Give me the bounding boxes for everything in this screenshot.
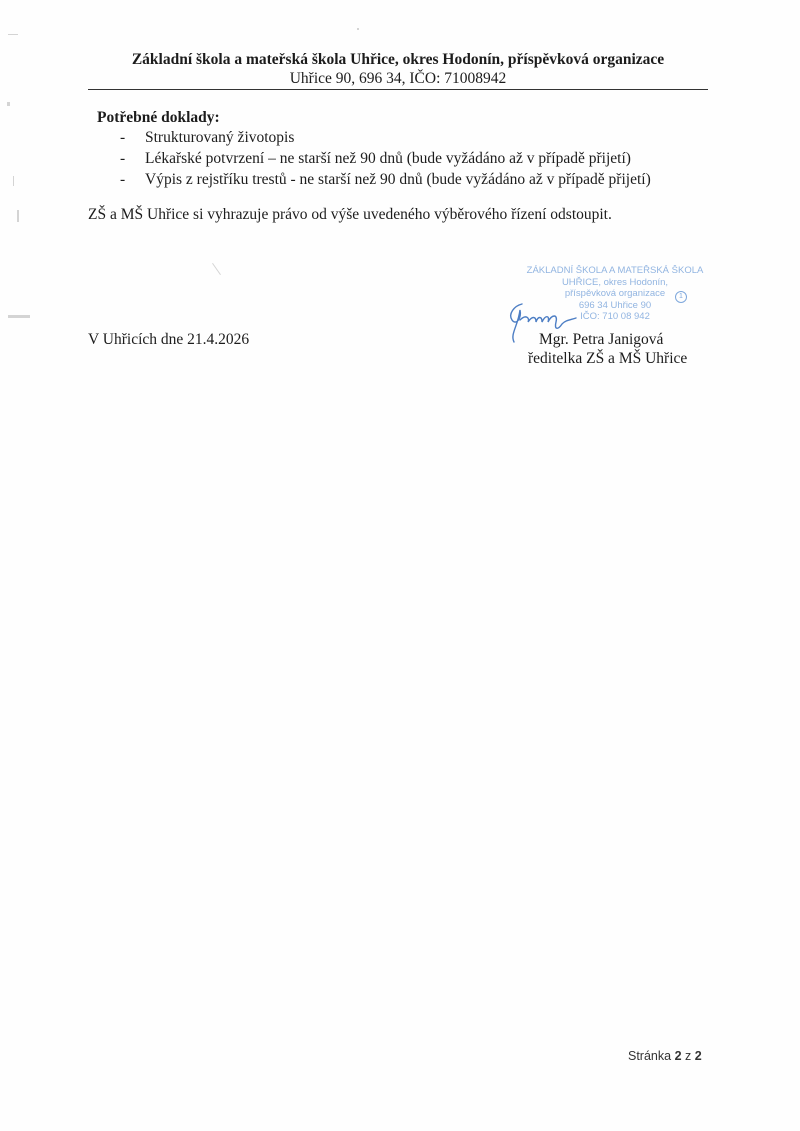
letterhead: Základní škola a mateřská škola Uhřice, …	[88, 50, 708, 88]
stamp-line: UHŘICE, okres Hodonín,	[510, 277, 720, 289]
scan-artifact	[17, 210, 19, 222]
organization-address: Uhřice 90, 696 34, IČO: 71008942	[88, 69, 708, 88]
list-item: - Výpis z rejstříku trestů - ne starší n…	[97, 169, 651, 190]
signature-block: Mgr. Petra Janigová ředitelka ZŠ a MŠ Uh…	[528, 330, 687, 368]
current-page: 2	[675, 1049, 682, 1063]
list-item-text: Lékařské potvrzení – ne starší než 90 dn…	[145, 150, 631, 167]
list-item: - Lékařské potvrzení – ne starší než 90 …	[97, 148, 651, 169]
required-documents-list: - Strukturovaný životopis - Lékařské pot…	[97, 127, 651, 190]
scan-artifact	[7, 102, 10, 106]
stamp-number-circle: 1	[675, 291, 687, 303]
list-item: - Strukturovaný životopis	[97, 127, 651, 148]
letterhead-divider	[88, 89, 708, 90]
scan-artifact	[8, 315, 30, 318]
dash-bullet: -	[120, 148, 125, 169]
scan-artifact	[357, 28, 359, 30]
place-and-date: V Uhřicích dne 21.4.2026	[88, 330, 249, 349]
required-documents-heading: Potřebné doklady:	[97, 108, 220, 127]
dash-bullet: -	[120, 127, 125, 148]
signatory-role: ředitelka ZŠ a MŠ Uhřice	[528, 349, 687, 368]
organization-name: Základní škola a mateřská škola Uhřice, …	[88, 50, 708, 69]
total-pages: 2	[695, 1049, 702, 1063]
document-page: Základní škola a mateřská škola Uhřice, …	[0, 0, 800, 1131]
page-label: Stránka	[628, 1049, 671, 1063]
page-separator: z	[685, 1049, 691, 1063]
page-number: Stránka 2 z 2	[628, 1049, 702, 1064]
list-item-text: Strukturovaný životopis	[145, 129, 294, 146]
stamp-line: ZÁKLADNÍ ŠKOLA A MATEŘSKÁ ŠKOLA	[510, 265, 720, 277]
scan-artifact	[13, 176, 14, 186]
dash-bullet: -	[120, 169, 125, 190]
scan-artifact	[8, 34, 18, 35]
list-item-text: Výpis z rejstříku trestů - ne starší než…	[145, 171, 651, 188]
reservation-note: ZŠ a MŠ Uhřice si vyhrazuje právo od výš…	[88, 205, 612, 224]
signatory-name: Mgr. Petra Janigová	[528, 330, 687, 349]
scan-artifact	[212, 263, 221, 275]
